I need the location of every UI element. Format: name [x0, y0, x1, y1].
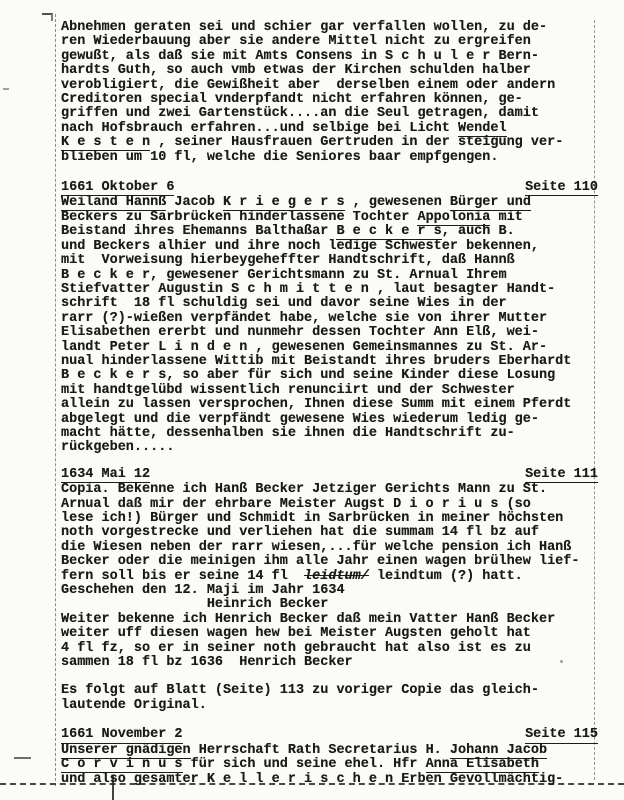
text-line: nach Hofsbrauch erfahren...und selbige b…: [61, 122, 598, 136]
text-line: noth vorgestrecke und verliehen hat die …: [61, 526, 598, 540]
scan-edge-left-dashed-line: [55, 14, 56, 786]
text-segment: mit: [490, 210, 522, 225]
text-line: B e c k e r s, so aber für sich und sein…: [61, 369, 598, 383]
entry-page-ref: Seite 115: [525, 728, 598, 743]
entry-page-ref: Seite 110: [525, 181, 598, 196]
paragraph-note: Es folgt auf Blatt (Seite) 113 zu vorige…: [61, 684, 598, 713]
text-segment: , gewesenen: [345, 195, 450, 210]
text-line: Beistand ihres Ehemanns Balthaßar B e c …: [61, 225, 598, 239]
underlined-name-beckers: B e c k e r s: [336, 224, 441, 240]
underlined-name-anna-elisabeth: Anna Elisabeth: [426, 757, 539, 773]
text-segment: fern soll bis er seine 14 fl: [61, 569, 304, 584]
scan-margin-dash-mark: [14, 757, 31, 759]
entry-date: 1634 Mai 12: [61, 468, 150, 483]
text-line: fern soll bis er seine 14 fl leidtum/ le…: [61, 570, 598, 584]
text-line: Geschehen den 12. Maji im Jahr 1634: [61, 584, 598, 598]
entry-heading: 1661 November 2 Seite 115: [61, 728, 598, 743]
text-line: Unserer gnädigen Herrschaft Rath Secreta…: [61, 744, 598, 758]
text-line: und Beckers alhier und ihre noch ledige …: [61, 240, 598, 254]
text-line: die Wiesen neben der rarr wiesen,...für …: [61, 541, 598, 555]
text-line: abgelegt und die verpfändt gewesene Wies…: [61, 413, 598, 427]
text-line: hardts Guth, so auch vmb etwas der Kirch…: [61, 64, 598, 78]
text-line: blieben um 10 fl, welche die Seniores ba…: [61, 151, 598, 165]
scan-speck: [3, 88, 9, 90]
text-line: ren Wiederbauung aber sie andere Mittel …: [61, 35, 598, 49]
text-line: Arnual daß mir der ehrbare Meister Augst…: [61, 498, 598, 512]
text-line: griffen und zwei Gartenstück....an die S…: [61, 107, 598, 121]
text-line: nual hinderlassene Wittib mit Beistandt …: [61, 355, 598, 369]
text-line: Weiland Hannß Jacob K r i e g e r s , ge…: [61, 196, 598, 210]
entry-1661-oktober-6: 1661 Oktober 6 Seite 110 Weiland Hannß J…: [61, 181, 598, 456]
text-line: lautende Original.: [61, 699, 598, 713]
text-line: lese ich!) Bürger und Schmidt in Sarbrüc…: [61, 512, 598, 526]
text-line: K e s t e n , seiner Hausfrauen Gertrude…: [61, 136, 598, 150]
text-line: sammen 18 fl bz 1636 Henrich Becker: [61, 656, 598, 670]
scanned-document-page: Abnehmen geraten sei und schier gar verf…: [0, 0, 624, 800]
text-line: Es folgt auf Blatt (Seite) 113 zu vorige…: [61, 684, 598, 698]
entry-page-ref: Seite 111: [525, 468, 598, 483]
text-line: B e c k e r, gewesener Gerichtsmann zu S…: [61, 269, 598, 283]
paragraph-intro: Abnehmen geraten sei und schier gar verf…: [61, 21, 598, 165]
text-line: landt Peter L i n d e n , gewesenen Geme…: [61, 341, 598, 355]
text-line: gewußt, als daß sie mit Amts Consens in …: [61, 50, 598, 64]
text-line: allein zu lassen versprochen, Ihnen dies…: [61, 398, 598, 412]
text-segment: Beckers zu Sarbrücken hinderlassene Toch…: [61, 210, 417, 225]
text-segment: nach Hofsbrauch erfahren...und selbige b…: [61, 121, 458, 136]
text-line: Copia. Bekenne ich Hanß Becker Jetziger …: [61, 483, 598, 497]
text-line: schrift 18 fl schuldig sei und davor sei…: [61, 297, 598, 311]
text-segment: Beistand ihres Ehemanns Balthaßar: [61, 224, 336, 239]
text-segment: , seiner Hausfrauen Gertruden in der ste…: [150, 135, 563, 150]
text-segment: leindtum (?) hatt.: [369, 569, 523, 584]
text-segment: Jacob: [166, 195, 223, 210]
text-line: Weiter bekenne ich Henrich Becker daß me…: [61, 613, 598, 627]
underlined-name-kesten: K e s t e n: [61, 135, 150, 151]
text-segment: Herrschaft Rath Secretarius H.: [191, 743, 450, 758]
text-segment: , auch B.: [442, 224, 515, 239]
text-line: C o r v i n u s für sich und seine ehel.…: [61, 758, 598, 772]
struck-through-word: leidtum/: [304, 569, 369, 584]
text-line: mit handtgelübd wissentlich renunciirt u…: [61, 384, 598, 398]
text-line: Beckers zu Sarbrücken hinderlassene Toch…: [61, 211, 598, 225]
entry-1661-november-2: 1661 November 2 Seite 115 Unserer gnädig…: [61, 728, 598, 787]
text-line: weiter uff diesen wagen hew bei Meister …: [61, 627, 598, 641]
document-text-column: Abnehmen geraten sei und schier gar verf…: [61, 21, 598, 787]
text-line: Stiefvatter Augustin S c h m i t t e n ,…: [61, 283, 598, 297]
text-line: macht hätte, dessenhalben sie ihnen die …: [61, 427, 598, 441]
text-line-signature: Heinrich Becker: [61, 598, 598, 612]
text-segment: für sich und seine ehel. Hfr: [183, 757, 426, 772]
entry-heading: 1634 Mai 12 Seite 111: [61, 468, 598, 483]
entry-date: 1661 Oktober 6: [61, 181, 174, 196]
text-line: Becker oder die meinigen ihm alle Jahr e…: [61, 555, 598, 569]
entry-1634-mai-12: 1634 Mai 12 Seite 111 Copia. Bekenne ich…: [61, 468, 598, 671]
underlined-name-corvinus: C o r v i n u s: [61, 757, 183, 773]
text-line: rückgeben.....: [61, 441, 598, 455]
text-line: verobligiert, die Gewißheit aber derselb…: [61, 79, 598, 93]
text-line: Abnehmen geraten sei und schier gar verf…: [61, 21, 598, 35]
entry-date: 1661 November 2: [61, 728, 183, 743]
text-line: und also gesamter K e l l e r i s c h e …: [61, 773, 598, 787]
text-line: 4 fl fz, so er in seiner noth gebraucht …: [61, 642, 598, 656]
text-line: Creditoren special vnderpfandt nicht erf…: [61, 93, 598, 107]
text-line: mit Vorweisung hierbeygeheffter Handtsch…: [61, 254, 598, 268]
text-line: Elisabethen ererbt und nunmehr dessen To…: [61, 326, 598, 340]
scan-corner-mark: [42, 13, 53, 21]
text-line: rarr (?)-wießen verpfändet habe, welche …: [61, 312, 598, 326]
entry-heading: 1661 Oktober 6 Seite 110: [61, 181, 598, 196]
